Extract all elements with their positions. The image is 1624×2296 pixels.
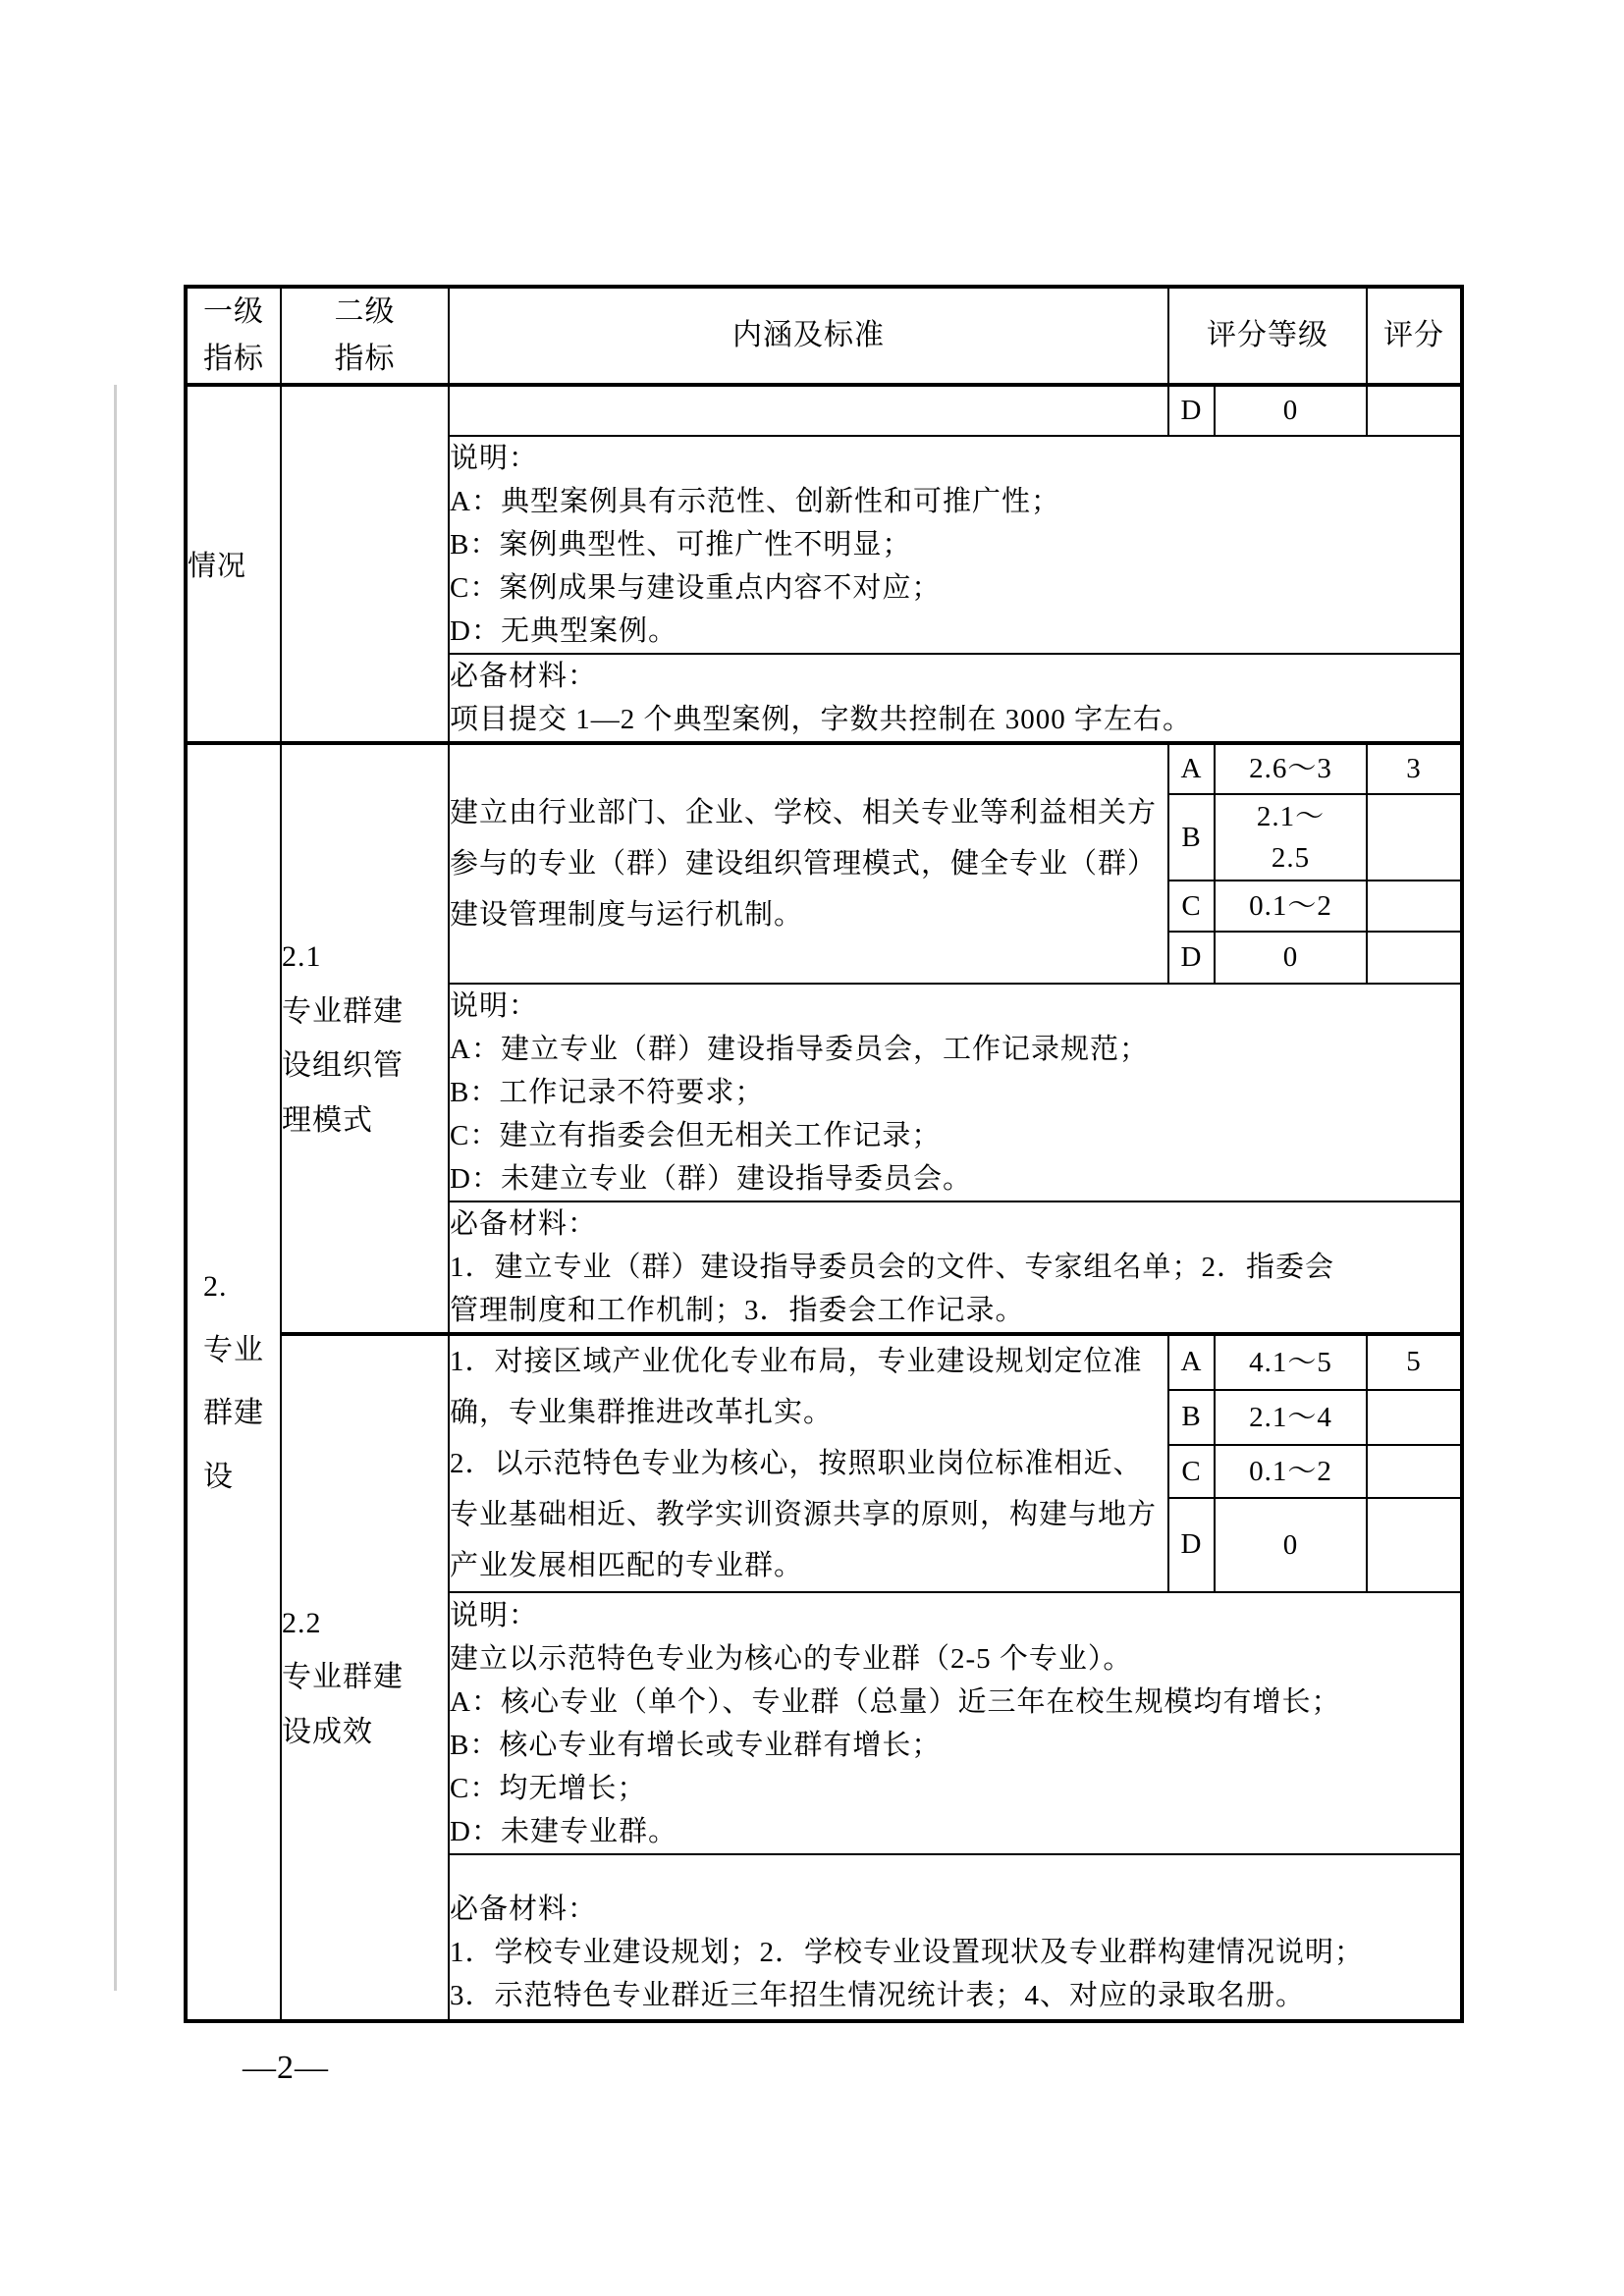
explain-line: C：建立有指委会但无相关工作记录； xyxy=(450,1114,1460,1157)
materials-line: 项目提交 1—2 个典型案例，字数共控制在 3000 字左右。 xyxy=(450,698,1460,741)
rating-range-cell: 0 xyxy=(1215,1498,1367,1592)
rating-range-cell: 2.6～3 xyxy=(1215,743,1367,794)
rating-letter-cell: C xyxy=(1168,881,1215,932)
group22-level2-cell: 2.2 专业群建 设成效 xyxy=(281,1334,449,2021)
score-cell xyxy=(1367,881,1462,932)
explain-line: C：均无增长； xyxy=(450,1767,1460,1810)
materials-line: 1．学校专业建设规划；2．学校专业设置现状及专业群构建情况说明； xyxy=(450,1931,1460,1974)
explain-line: B：核心专业有增长或专业群有增长； xyxy=(450,1724,1460,1767)
scan-artifact-line xyxy=(114,385,117,1991)
document-page: 一级 指标 二级 指标 内涵及标准 评分等级 评分 情况 D 0 说明： A：典… xyxy=(0,0,1624,2296)
group21-rating-row-a: 2. 专业 群建 设 2.1 专业群建 设组织管 理模式 建立由行业部门、企业、… xyxy=(186,743,1462,794)
section1-level1-cell: 情况 xyxy=(186,385,281,743)
score-cell xyxy=(1367,1390,1462,1446)
rating-letter-cell: D xyxy=(1168,385,1215,436)
group22-level2-label: 2.2 专业群建 设成效 xyxy=(282,1596,404,1760)
explain-line: D：未建专业群。 xyxy=(450,1810,1460,1853)
materials-line: 3．示范特色专业群近三年招生情况统计表；4、对应的录取名册。 xyxy=(450,1974,1460,2017)
explain-line: 建立以示范特色专业为核心的专业群（2-5 个专业）。 xyxy=(450,1637,1460,1681)
table-header-row: 一级 指标 二级 指标 内涵及标准 评分等级 评分 xyxy=(186,287,1462,385)
score-cell: 3 xyxy=(1367,743,1462,794)
rating-letter-cell: C xyxy=(1168,1445,1215,1497)
materials-line: 1．建立专业（群）建设指导委员会的文件、专家组名单；2．指委会 xyxy=(450,1246,1460,1289)
explain-line: D：未建立专业（群）建设指导委员会。 xyxy=(450,1157,1460,1201)
rating-range-cell: 0 xyxy=(1215,932,1367,984)
rating-range-cell: 0.1～2 xyxy=(1215,881,1367,932)
section1-explain-cell: 说明： A：典型案例具有示范性、创新性和可推广性； B：案例典型性、可推广性不明… xyxy=(449,436,1462,654)
section1-materials-cell: 必备材料： 项目提交 1—2 个典型案例，字数共控制在 3000 字左右。 xyxy=(449,654,1462,743)
materials-line: 必备材料： xyxy=(450,655,1460,698)
group21-level2-label: 2.1 专业群建 设组织管 理模式 xyxy=(282,930,404,1148)
group21-materials-cell: 必备材料： 1．建立专业（群）建设指导委员会的文件、专家组名单；2．指委会 管理… xyxy=(449,1201,1462,1334)
explain-line: 说明： xyxy=(450,985,1460,1028)
content-paragraph: 2．以示范特色专业为核心，按照职业岗位标准相近、专业基础相近、教学实训资源共享的… xyxy=(450,1438,1167,1591)
rating-letter-cell: A xyxy=(1168,1334,1215,1390)
evaluation-table: 一级 指标 二级 指标 内涵及标准 评分等级 评分 情况 D 0 说明： A：典… xyxy=(184,285,1464,2023)
rating-letter-cell: D xyxy=(1168,932,1215,984)
explain-line: C：案例成果与建设重点内容不对应； xyxy=(450,566,1460,610)
rating-range-cell: 0 xyxy=(1215,385,1367,436)
rating-letter-cell: B xyxy=(1168,1390,1215,1446)
score-cell xyxy=(1367,794,1462,881)
section1-level2-cell xyxy=(281,385,449,743)
score-cell xyxy=(1367,1445,1462,1497)
group21-explain-cell: 说明： A：建立专业（群）建设指导委员会，工作记录规范； B：工作记录不符要求；… xyxy=(449,984,1462,1201)
section1-rating-row: 情况 D 0 xyxy=(186,385,1462,436)
group22-materials-cell: 必备材料： 1．学校专业建设规划；2．学校专业设置现状及专业群构建情况说明； 3… xyxy=(449,1854,1462,2021)
score-cell xyxy=(1367,385,1462,436)
rating-letter-cell: B xyxy=(1168,794,1215,881)
group21-level2-cell: 2.1 专业群建 设组织管 理模式 xyxy=(281,743,449,1334)
score-cell: 5 xyxy=(1367,1334,1462,1390)
score-cell xyxy=(1367,1498,1462,1592)
rating-range-cell: 2.1～4 xyxy=(1215,1390,1367,1446)
section2-level1-cell: 2. 专业 群建 设 xyxy=(186,743,281,2021)
header-cell-score: 评分 xyxy=(1367,287,1462,385)
header-cell-content: 内涵及标准 xyxy=(449,287,1168,385)
section1-content-cell xyxy=(449,385,1168,436)
materials-line: 必备材料： xyxy=(450,1202,1460,1246)
score-cell xyxy=(1367,932,1462,984)
explain-line: 说明： xyxy=(450,1594,1460,1637)
group21-content-cell: 建立由行业部门、企业、学校、相关专业等利益相关方参与的专业（群）建设组织管理模式… xyxy=(449,743,1168,984)
content-paragraph: 建立由行业部门、企业、学校、相关专业等利益相关方参与的专业（群）建设组织管理模式… xyxy=(450,787,1167,940)
rating-range-cell: 0.1～2 xyxy=(1215,1445,1367,1497)
section2-level1-label: 2. 专业 群建 设 xyxy=(203,1255,264,1509)
explain-line: 说明： xyxy=(450,437,1460,480)
rating-range-cell: 2.1～ 2.5 xyxy=(1215,794,1367,881)
rating-letter-cell: D xyxy=(1168,1498,1215,1592)
explain-line: A：建立专业（群）建设指导委员会，工作记录规范； xyxy=(450,1028,1460,1071)
explain-line: A：核心专业（单个）、专业群（总量）近三年在校生规模均有增长； xyxy=(450,1681,1460,1724)
explain-line: D：无典型案例。 xyxy=(450,610,1460,653)
header-cell-grade: 评分等级 xyxy=(1168,287,1367,385)
group22-rating-row-a: 2.2 专业群建 设成效 1．对接区域产业优化专业布局，专业建设规划定位准确，专… xyxy=(186,1334,1462,1390)
explain-line: B：案例典型性、可推广性不明显； xyxy=(450,523,1460,566)
page-number: —2— xyxy=(243,2050,329,2087)
header-cell-level2: 二级 指标 xyxy=(281,287,449,385)
header-cell-level1: 一级 指标 xyxy=(186,287,281,385)
rating-letter-cell: A xyxy=(1168,743,1215,794)
explain-line: A：典型案例具有示范性、创新性和可推广性； xyxy=(450,480,1460,523)
explain-line: B：工作记录不符要求； xyxy=(450,1071,1460,1114)
materials-line: 必备材料： xyxy=(450,1888,1460,1931)
group22-explain-cell: 说明： 建立以示范特色专业为核心的专业群（2-5 个专业）。 A：核心专业（单个… xyxy=(449,1592,1462,1854)
group22-content-cell: 1．对接区域产业优化专业布局，专业建设规划定位准确，专业集群推进改革扎实。 2．… xyxy=(449,1334,1168,1592)
content-paragraph: 1．对接区域产业优化专业布局，专业建设规划定位准确，专业集群推进改革扎实。 xyxy=(450,1336,1167,1438)
materials-line: 管理制度和工作机制；3．指委会工作记录。 xyxy=(450,1289,1460,1332)
rating-range-cell: 4.1～5 xyxy=(1215,1334,1367,1390)
